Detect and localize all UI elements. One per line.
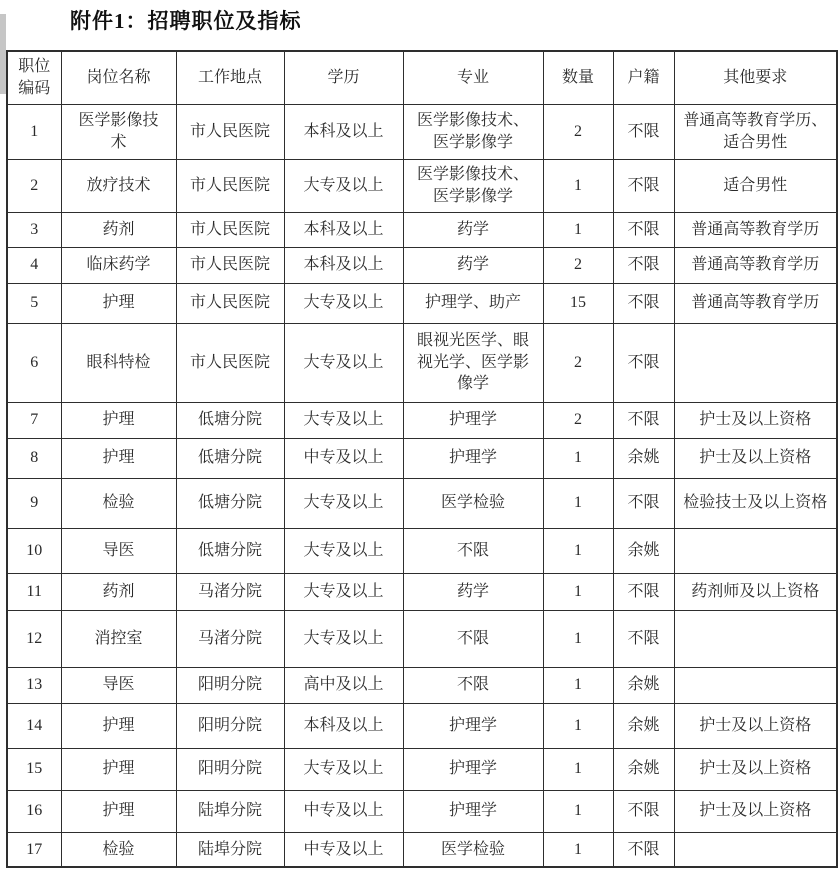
header-cell: 专业: [403, 51, 543, 104]
table-cell: 护理: [61, 438, 176, 478]
table-cell: 余姚: [613, 528, 674, 573]
table-cell: 普通高等教育学历: [674, 283, 837, 323]
table-cell: 不限: [613, 283, 674, 323]
table-cell: 适合男性: [674, 159, 837, 212]
table-cell: 12: [7, 610, 61, 667]
table-cell: 护士及以上资格: [674, 402, 837, 438]
table-cell: 低塘分院: [176, 528, 284, 573]
table-cell: 阳明分院: [176, 748, 284, 790]
table-cell: 不限: [613, 478, 674, 528]
table-cell: 不限: [613, 790, 674, 832]
table-cell: 不限: [613, 402, 674, 438]
table-cell: 导医: [61, 528, 176, 573]
table-cell: 市人民医院: [176, 247, 284, 283]
table-cell: 中专及以上: [284, 438, 403, 478]
table-cell: 临床药学: [61, 247, 176, 283]
table-cell: 陆埠分院: [176, 790, 284, 832]
table-cell: 大专及以上: [284, 283, 403, 323]
table-cell: 护士及以上资格: [674, 748, 837, 790]
header-cell: 其他要求: [674, 51, 837, 104]
table-cell: 阳明分院: [176, 703, 284, 748]
table-cell: 6: [7, 323, 61, 402]
header-row: 职位编码岗位名称工作地点学历专业数量户籍其他要求: [7, 51, 837, 104]
table-cell: 检验技士及以上资格: [674, 478, 837, 528]
table-cell: 护士及以上资格: [674, 703, 837, 748]
table-cell: 11: [7, 573, 61, 610]
table-cell: 本科及以上: [284, 212, 403, 247]
table-cell: 不限: [613, 832, 674, 867]
table-cell: 不限: [613, 104, 674, 159]
table-cell: 本科及以上: [284, 703, 403, 748]
table-cell: 护理学: [403, 438, 543, 478]
table-cell: 医学影像技术、医学影像学: [403, 104, 543, 159]
table-cell: 大专及以上: [284, 323, 403, 402]
table-cell: 护理学: [403, 748, 543, 790]
table-cell: 护理学: [403, 703, 543, 748]
table-cell: 7: [7, 402, 61, 438]
table-row: 4临床药学市人民医院本科及以上药学2不限普通高等教育学历: [7, 247, 837, 283]
table-cell: 1: [543, 748, 613, 790]
recruitment-table: 职位编码岗位名称工作地点学历专业数量户籍其他要求 1医学影像技术市人民医院本科及…: [6, 50, 838, 868]
table-cell: 1: [7, 104, 61, 159]
table-cell: 不限: [403, 610, 543, 667]
page-title: 附件1：招聘职位及指标: [70, 9, 840, 34]
table-cell: 医学影像技术: [61, 104, 176, 159]
table-cell: 护理: [61, 748, 176, 790]
table-cell: 大专及以上: [284, 478, 403, 528]
table-cell: 2: [543, 104, 613, 159]
table-row: 2放疗技术市人民医院大专及以上医学影像技术、医学影像学1不限适合男性: [7, 159, 837, 212]
table-cell: [674, 528, 837, 573]
table-row: 16护理陆埠分院中专及以上护理学1不限护士及以上资格: [7, 790, 837, 832]
table-cell: 5: [7, 283, 61, 323]
table-cell: 1: [543, 610, 613, 667]
table-cell: 消控室: [61, 610, 176, 667]
table-cell: 不限: [613, 573, 674, 610]
table-cell: 大专及以上: [284, 402, 403, 438]
table-cell: 低塘分院: [176, 478, 284, 528]
table-cell: 眼科特检: [61, 323, 176, 402]
table-cell: 13: [7, 667, 61, 703]
table-cell: 药学: [403, 212, 543, 247]
table-cell: 1: [543, 573, 613, 610]
table-cell: 眼视光医学、眼视光学、医学影像学: [403, 323, 543, 402]
table-row: 17检验陆埠分院中专及以上医学检验1不限: [7, 832, 837, 867]
header-cell: 工作地点: [176, 51, 284, 104]
table-cell: 医学影像技术、医学影像学: [403, 159, 543, 212]
table-cell: 放疗技术: [61, 159, 176, 212]
table-cell: 大专及以上: [284, 528, 403, 573]
table-cell: [674, 667, 837, 703]
table-cell: 余姚: [613, 748, 674, 790]
table-cell: 护理学、助产: [403, 283, 543, 323]
table-cell: 3: [7, 212, 61, 247]
table-cell: 市人民医院: [176, 104, 284, 159]
header-cell: 数量: [543, 51, 613, 104]
table-row: 8护理低塘分院中专及以上护理学1余姚护士及以上资格: [7, 438, 837, 478]
table-cell: 1: [543, 667, 613, 703]
table-row: 14护理阳明分院本科及以上护理学1余姚护士及以上资格: [7, 703, 837, 748]
table-cell: 17: [7, 832, 61, 867]
header-cell: 户籍: [613, 51, 674, 104]
table-cell: 大专及以上: [284, 748, 403, 790]
table-cell: 护士及以上资格: [674, 438, 837, 478]
table-cell: 低塘分院: [176, 438, 284, 478]
table-cell: 检验: [61, 832, 176, 867]
table-cell: 护士及以上资格: [674, 790, 837, 832]
table-cell: 1: [543, 478, 613, 528]
table-cell: 不限: [613, 212, 674, 247]
table-cell: [674, 832, 837, 867]
table-cell: 药学: [403, 247, 543, 283]
table-cell: 普通高等教育学历: [674, 247, 837, 283]
table-cell: 2: [543, 402, 613, 438]
table-cell: 市人民医院: [176, 212, 284, 247]
table-cell: 高中及以上: [284, 667, 403, 703]
table-cell: 导医: [61, 667, 176, 703]
table-cell: 护理学: [403, 790, 543, 832]
table-cell: 不限: [403, 667, 543, 703]
table-cell: 阳明分院: [176, 667, 284, 703]
table-cell: 不限: [613, 159, 674, 212]
table-cell: 医学检验: [403, 832, 543, 867]
table-cell: 本科及以上: [284, 247, 403, 283]
table-cell: 1: [543, 832, 613, 867]
table-cell: 余姚: [613, 703, 674, 748]
table-cell: 陆埠分院: [176, 832, 284, 867]
table-cell: 本科及以上: [284, 104, 403, 159]
table-row: 9检验低塘分院大专及以上医学检验1不限检验技士及以上资格: [7, 478, 837, 528]
table-cell: 普通高等教育学历: [674, 212, 837, 247]
table-cell: 大专及以上: [284, 159, 403, 212]
table-cell: 护理: [61, 283, 176, 323]
table-cell: 1: [543, 212, 613, 247]
table-cell: 药剂师及以上资格: [674, 573, 837, 610]
table-row: 5护理市人民医院大专及以上护理学、助产15不限普通高等教育学历: [7, 283, 837, 323]
table-cell: 1: [543, 159, 613, 212]
table-cell: 2: [7, 159, 61, 212]
table-row: 12消控室马渚分院大专及以上不限1不限: [7, 610, 837, 667]
table-cell: 大专及以上: [284, 573, 403, 610]
table-row: 10导医低塘分院大专及以上不限1余姚: [7, 528, 837, 573]
table-row: 1医学影像技术市人民医院本科及以上医学影像技术、医学影像学2不限普通高等教育学历…: [7, 104, 837, 159]
table-cell: 16: [7, 790, 61, 832]
table-cell: 2: [543, 247, 613, 283]
table-cell: 不限: [613, 323, 674, 402]
table-cell: 护理: [61, 402, 176, 438]
table-cell: [674, 610, 837, 667]
table-cell: 马渚分院: [176, 573, 284, 610]
table-cell: 市人民医院: [176, 159, 284, 212]
table-cell: 低塘分院: [176, 402, 284, 438]
table-cell: 市人民医院: [176, 283, 284, 323]
table-cell: 大专及以上: [284, 610, 403, 667]
table-cell: 药剂: [61, 212, 176, 247]
table-cell: 中专及以上: [284, 790, 403, 832]
table-cell: 药学: [403, 573, 543, 610]
table-cell: 护理: [61, 703, 176, 748]
table-cell: 1: [543, 438, 613, 478]
table-cell: 2: [543, 323, 613, 402]
table-cell: 市人民医院: [176, 323, 284, 402]
table-cell: [674, 323, 837, 402]
table-row: 15护理阳明分院大专及以上护理学1余姚护士及以上资格: [7, 748, 837, 790]
scan-artifact: [0, 14, 6, 94]
table-cell: 护理: [61, 790, 176, 832]
table-cell: 14: [7, 703, 61, 748]
table-cell: 检验: [61, 478, 176, 528]
header-cell: 职位编码: [7, 51, 61, 104]
table-row: 6眼科特检市人民医院大专及以上眼视光医学、眼视光学、医学影像学2不限: [7, 323, 837, 402]
table-cell: 1: [543, 790, 613, 832]
table-cell: 1: [543, 703, 613, 748]
table-cell: 医学检验: [403, 478, 543, 528]
table-cell: 15: [7, 748, 61, 790]
table-cell: 余姚: [613, 667, 674, 703]
table-cell: 不限: [403, 528, 543, 573]
header-cell: 岗位名称: [61, 51, 176, 104]
table-row: 13导医阳明分院高中及以上不限1余姚: [7, 667, 837, 703]
table-cell: 余姚: [613, 438, 674, 478]
table-row: 11药剂马渚分院大专及以上药学1不限药剂师及以上资格: [7, 573, 837, 610]
table-cell: 中专及以上: [284, 832, 403, 867]
table-cell: 9: [7, 478, 61, 528]
table-cell: 4: [7, 247, 61, 283]
table-cell: 护理学: [403, 402, 543, 438]
header-cell: 学历: [284, 51, 403, 104]
table-row: 3药剂市人民医院本科及以上药学1不限普通高等教育学历: [7, 212, 837, 247]
table-cell: 1: [543, 528, 613, 573]
table-row: 7护理低塘分院大专及以上护理学2不限护士及以上资格: [7, 402, 837, 438]
table-cell: 不限: [613, 247, 674, 283]
table-cell: 不限: [613, 610, 674, 667]
table-body: 1医学影像技术市人民医院本科及以上医学影像技术、医学影像学2不限普通高等教育学历…: [7, 104, 837, 867]
table-cell: 15: [543, 283, 613, 323]
table-cell: 普通高等教育学历、适合男性: [674, 104, 837, 159]
table-cell: 10: [7, 528, 61, 573]
table-cell: 马渚分院: [176, 610, 284, 667]
table-cell: 8: [7, 438, 61, 478]
table-cell: 药剂: [61, 573, 176, 610]
